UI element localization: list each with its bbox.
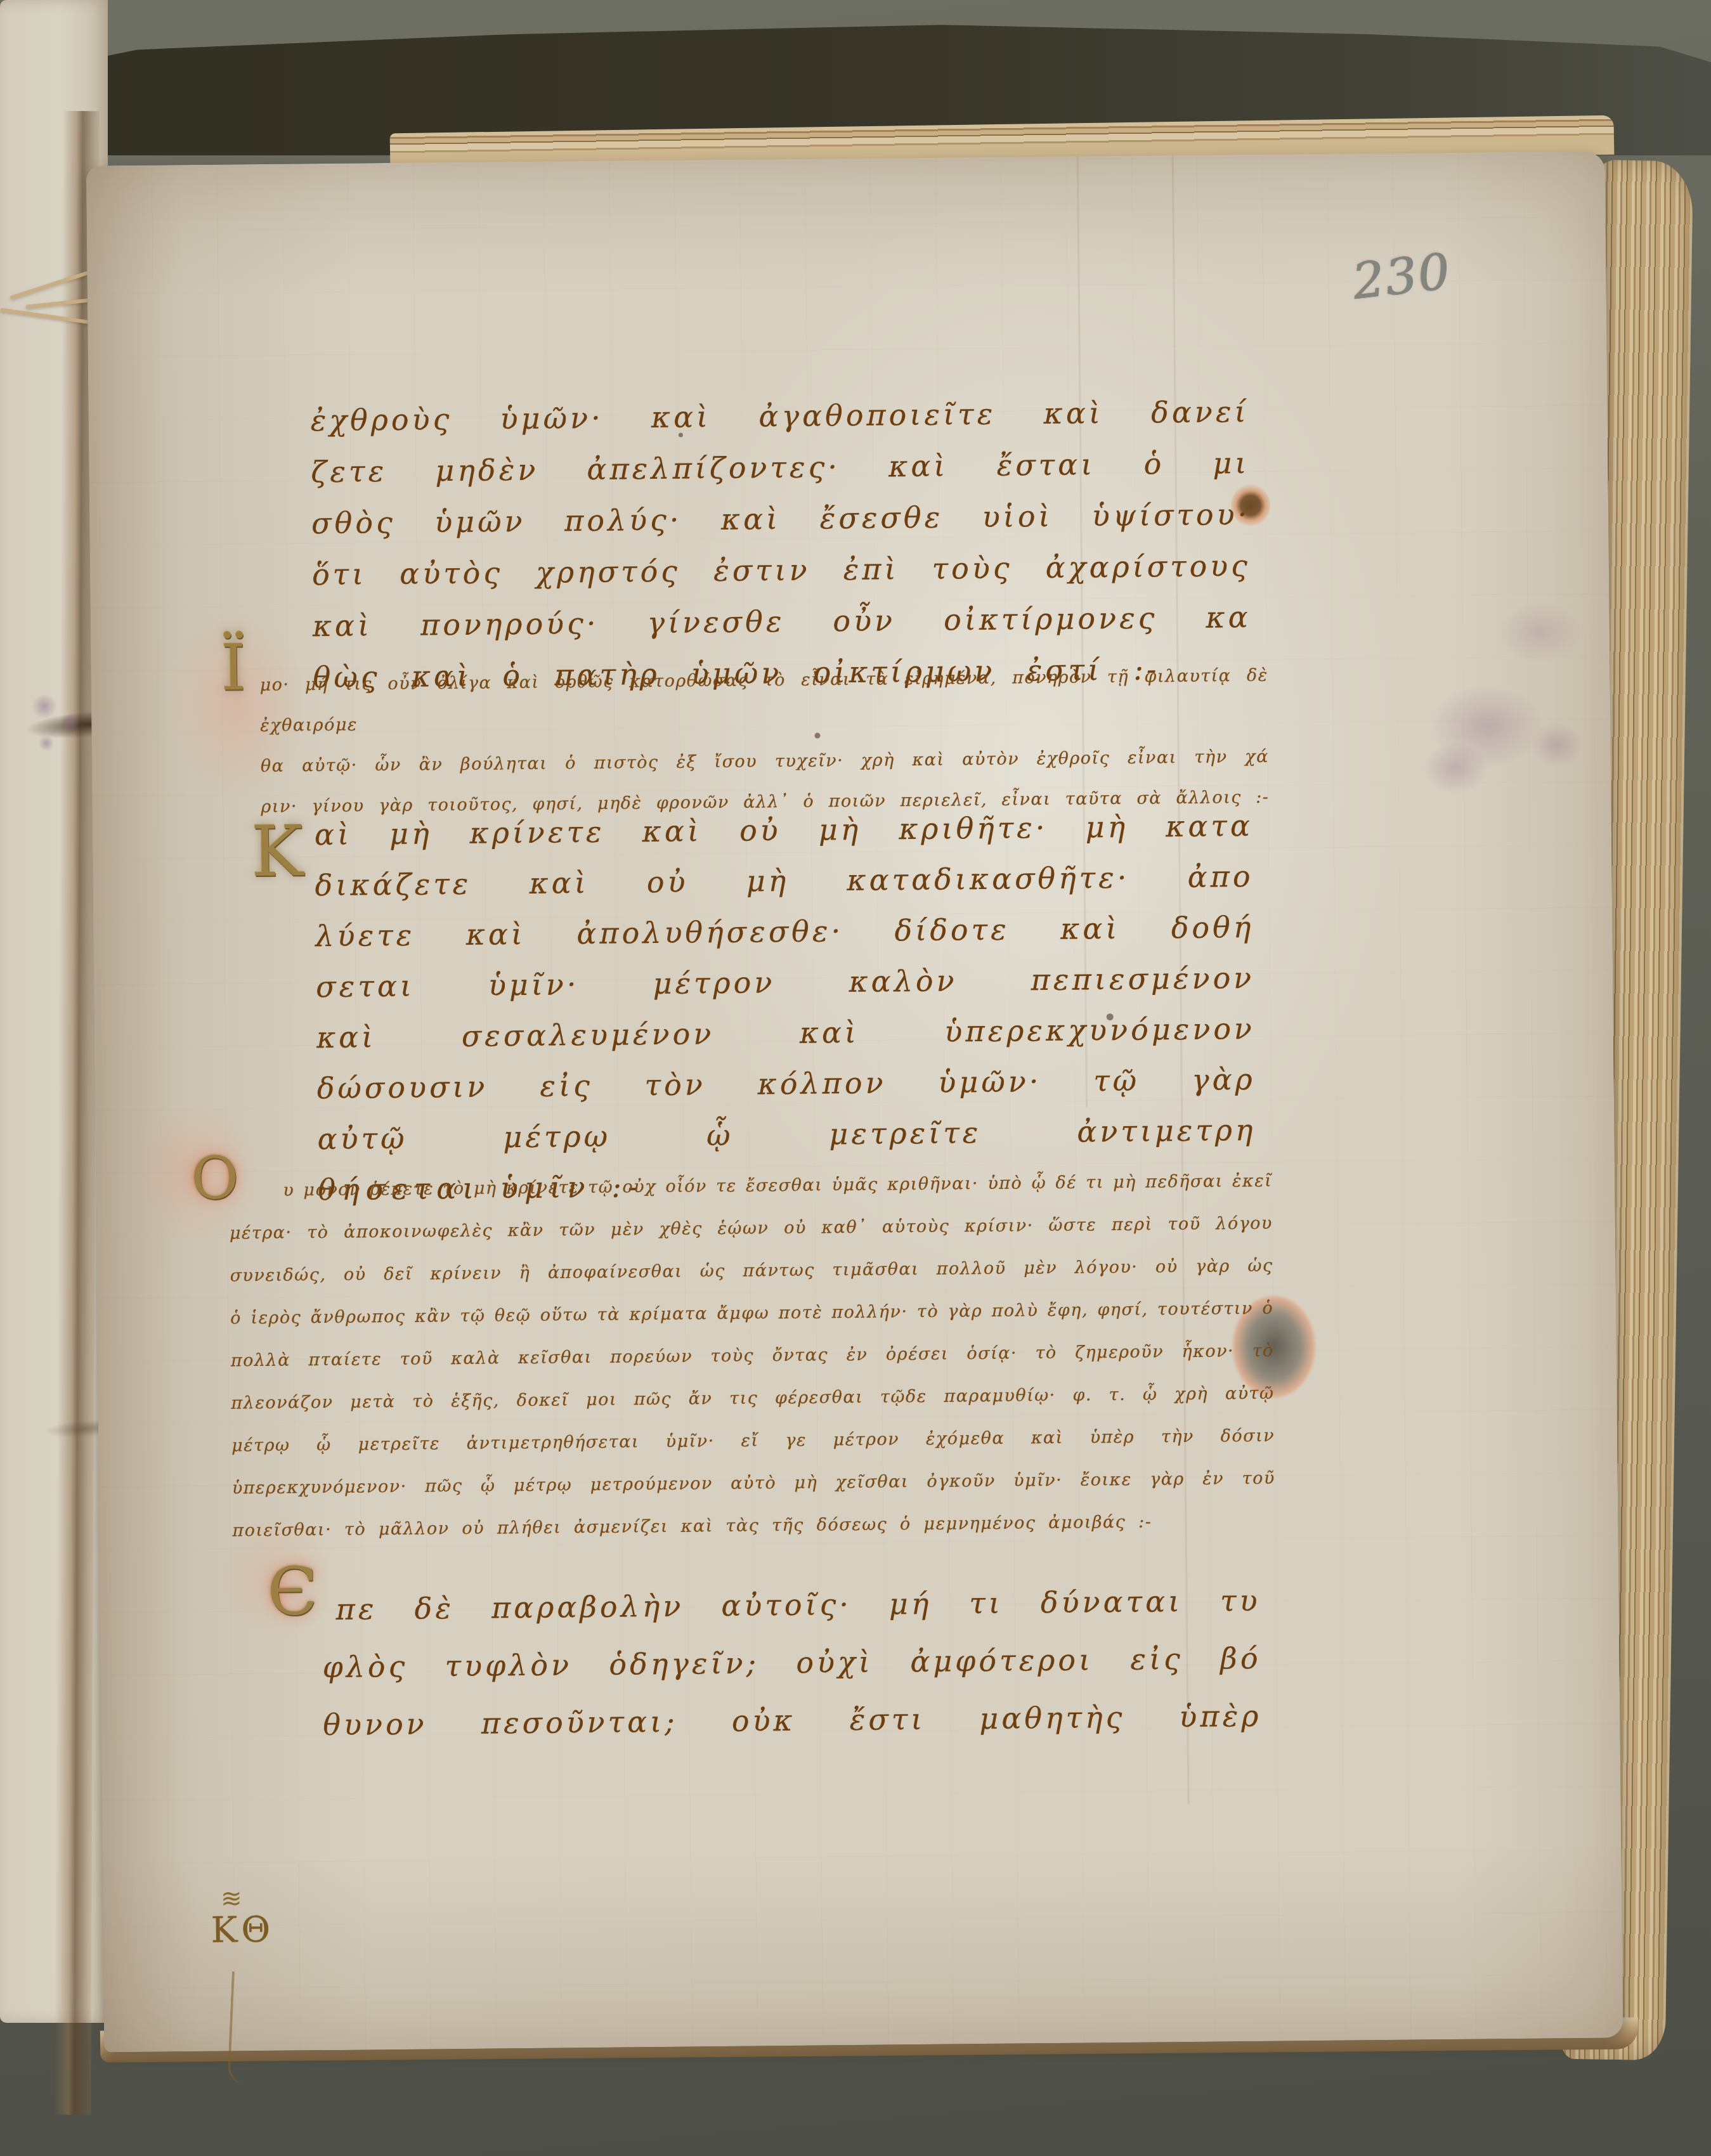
text-line: ἐχθροὺς ὑμῶν· καὶ ἀγαθοποιεῖτε καὶ δανεί (310, 386, 1249, 446)
mold-spot (61, 714, 80, 731)
text-line: θυνον πεσοῦνται; οὐκ ἔστι μαθητὴς ὑπὲρ (323, 1687, 1262, 1754)
text-line: ζετε μηδὲν ἀπελπίζοντες· καὶ ἔσται ὁ μι (311, 438, 1250, 498)
text-line: μο· μή τις οὖν ὀλίγα καὶ ὀρθῶς κατορθώσα… (259, 656, 1268, 746)
text-line: καὶ πονηρούς· γίνεσθε οὖν οἰκτίρμονες κα (312, 592, 1251, 652)
commentary-block-2: υ μόνον ῥέπετε τὸ μὴ κρίνετε τῷ οὐχ οἷόν… (229, 1160, 1276, 1552)
folio-number: 230 (1350, 243, 1454, 311)
gold-initial-epsilon: Є (267, 1552, 318, 1630)
quire-signature: ΚΘ (211, 1909, 274, 1951)
text-line: αὶ μὴ κρίνετε καὶ οὐ μὴ κριθῆτε· μὴ κατα (315, 800, 1254, 860)
text-line: ὅτι αὐτὸς χρηστός ἐστιν ἐπὶ τοὺς ἀχαρίστ… (312, 540, 1251, 601)
gospel-text-block-1: ἐχθροὺς ὑμῶν· καὶ ἀγαθοποιεῖτε καὶ δανεί… (310, 386, 1252, 703)
photograph-of-manuscript: 230 ἐχθροὺς ὑμῶν· καὶ ἀγαθοποιεῖτε καὶ δ… (0, 0, 1711, 2156)
text-line: ποιεῖσθαι· τὸ μᾶλλον οὐ πλήθει ἀσμενίζει… (232, 1501, 1152, 1552)
purple-stain (1498, 602, 1581, 663)
text-line: καὶ σεσαλευμένον καὶ ὑπερεκχυνόμενον (316, 1003, 1256, 1063)
purple-stain (1531, 722, 1582, 767)
manuscript-page: 230 ἐχθροὺς ὑμῶν· καὶ ἀγαθοποιεῖτε καὶ δ… (86, 152, 1623, 2053)
quire-flourish (227, 1971, 251, 2085)
text-line: σεται ὑμῖν· μέτρον καλὸν πεπιεσμένον (316, 952, 1255, 1012)
purple-stain (1424, 742, 1488, 793)
text-line: δικάζετε καὶ οὐ μὴ καταδικασθῆτε· ἀπο (315, 851, 1254, 911)
mold-spot (30, 695, 58, 718)
gold-initial-iota: Ϊ (221, 630, 247, 705)
gold-initial-kappa: Κ (251, 810, 304, 892)
text-line: αὐτῷ μέτρῳ ᾧ μετρεῖτε ἀντιμετρη (317, 1105, 1256, 1164)
gospel-text-block-3: πε δὲ παραβολὴν αὐτοῖς· μή τι δύναται τυ… (322, 1572, 1262, 1754)
text-line: πε δὲ παραβολὴν αὐτοῖς· μή τι δύναται τυ (335, 1572, 1261, 1639)
mold-spot (38, 736, 55, 751)
text-line: λύετε καὶ ἀπολυθήσεσθε· δίδοτε καὶ δοθή (315, 902, 1254, 961)
text-line: σθὸς ὑμῶν πολύς· καὶ ἔσεσθε υἱοὶ ὑψίστου… (311, 489, 1251, 549)
gospel-text-block-2: αὶ μὴ κρίνετε καὶ οὐ μὴ κριθῆτε· μὴ κατα… (315, 800, 1257, 1215)
text-line: φλὸς τυφλὸν ὁδηγεῖν; οὐχὶ ἀμφότεροι εἰς … (322, 1630, 1261, 1696)
text-line: δώσουσιν εἰς τὸν κόλπον ὑμῶν· τῷ γὰρ (316, 1054, 1256, 1114)
